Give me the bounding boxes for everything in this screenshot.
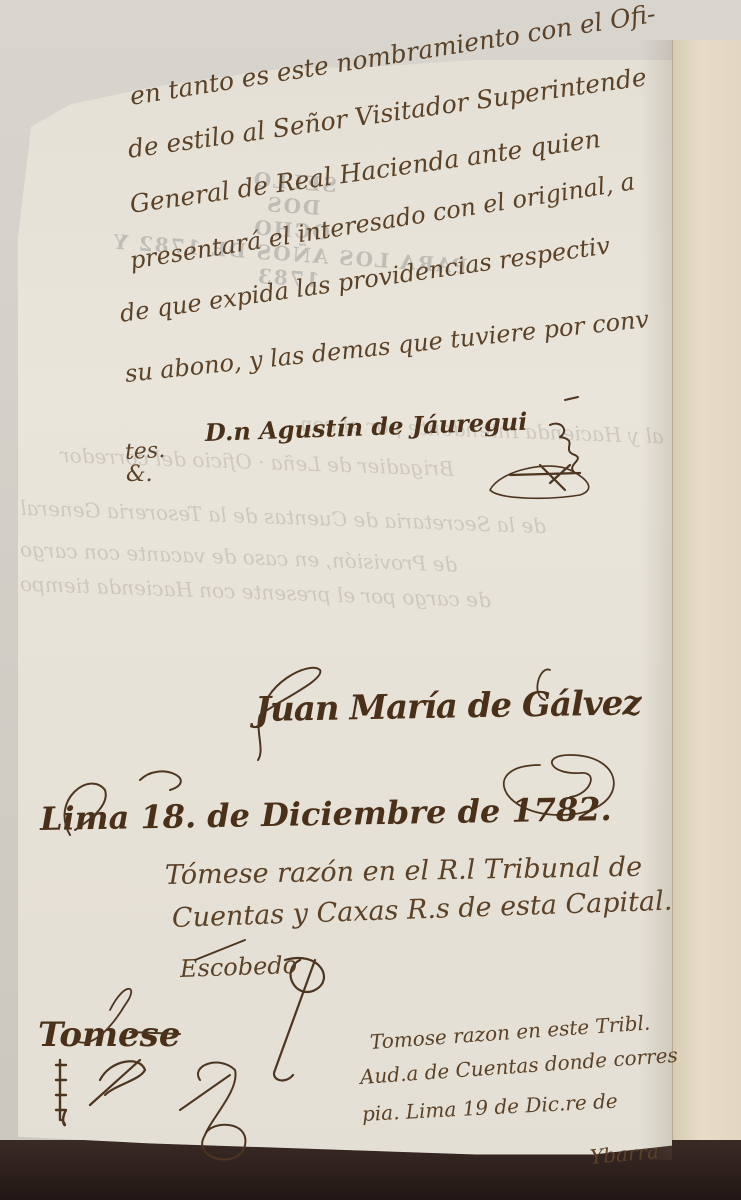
- initial-flourish-icon: [30, 760, 190, 840]
- main-text-line: tes.: [124, 438, 165, 465]
- etcetera-mark: &.: [126, 462, 153, 487]
- rubric-jauregui-icon: [470, 395, 610, 505]
- margin-rubrics-icon: [30, 970, 290, 1170]
- adjacent-page-edge: [672, 40, 741, 1160]
- page-gutter-shadow: [640, 40, 672, 1160]
